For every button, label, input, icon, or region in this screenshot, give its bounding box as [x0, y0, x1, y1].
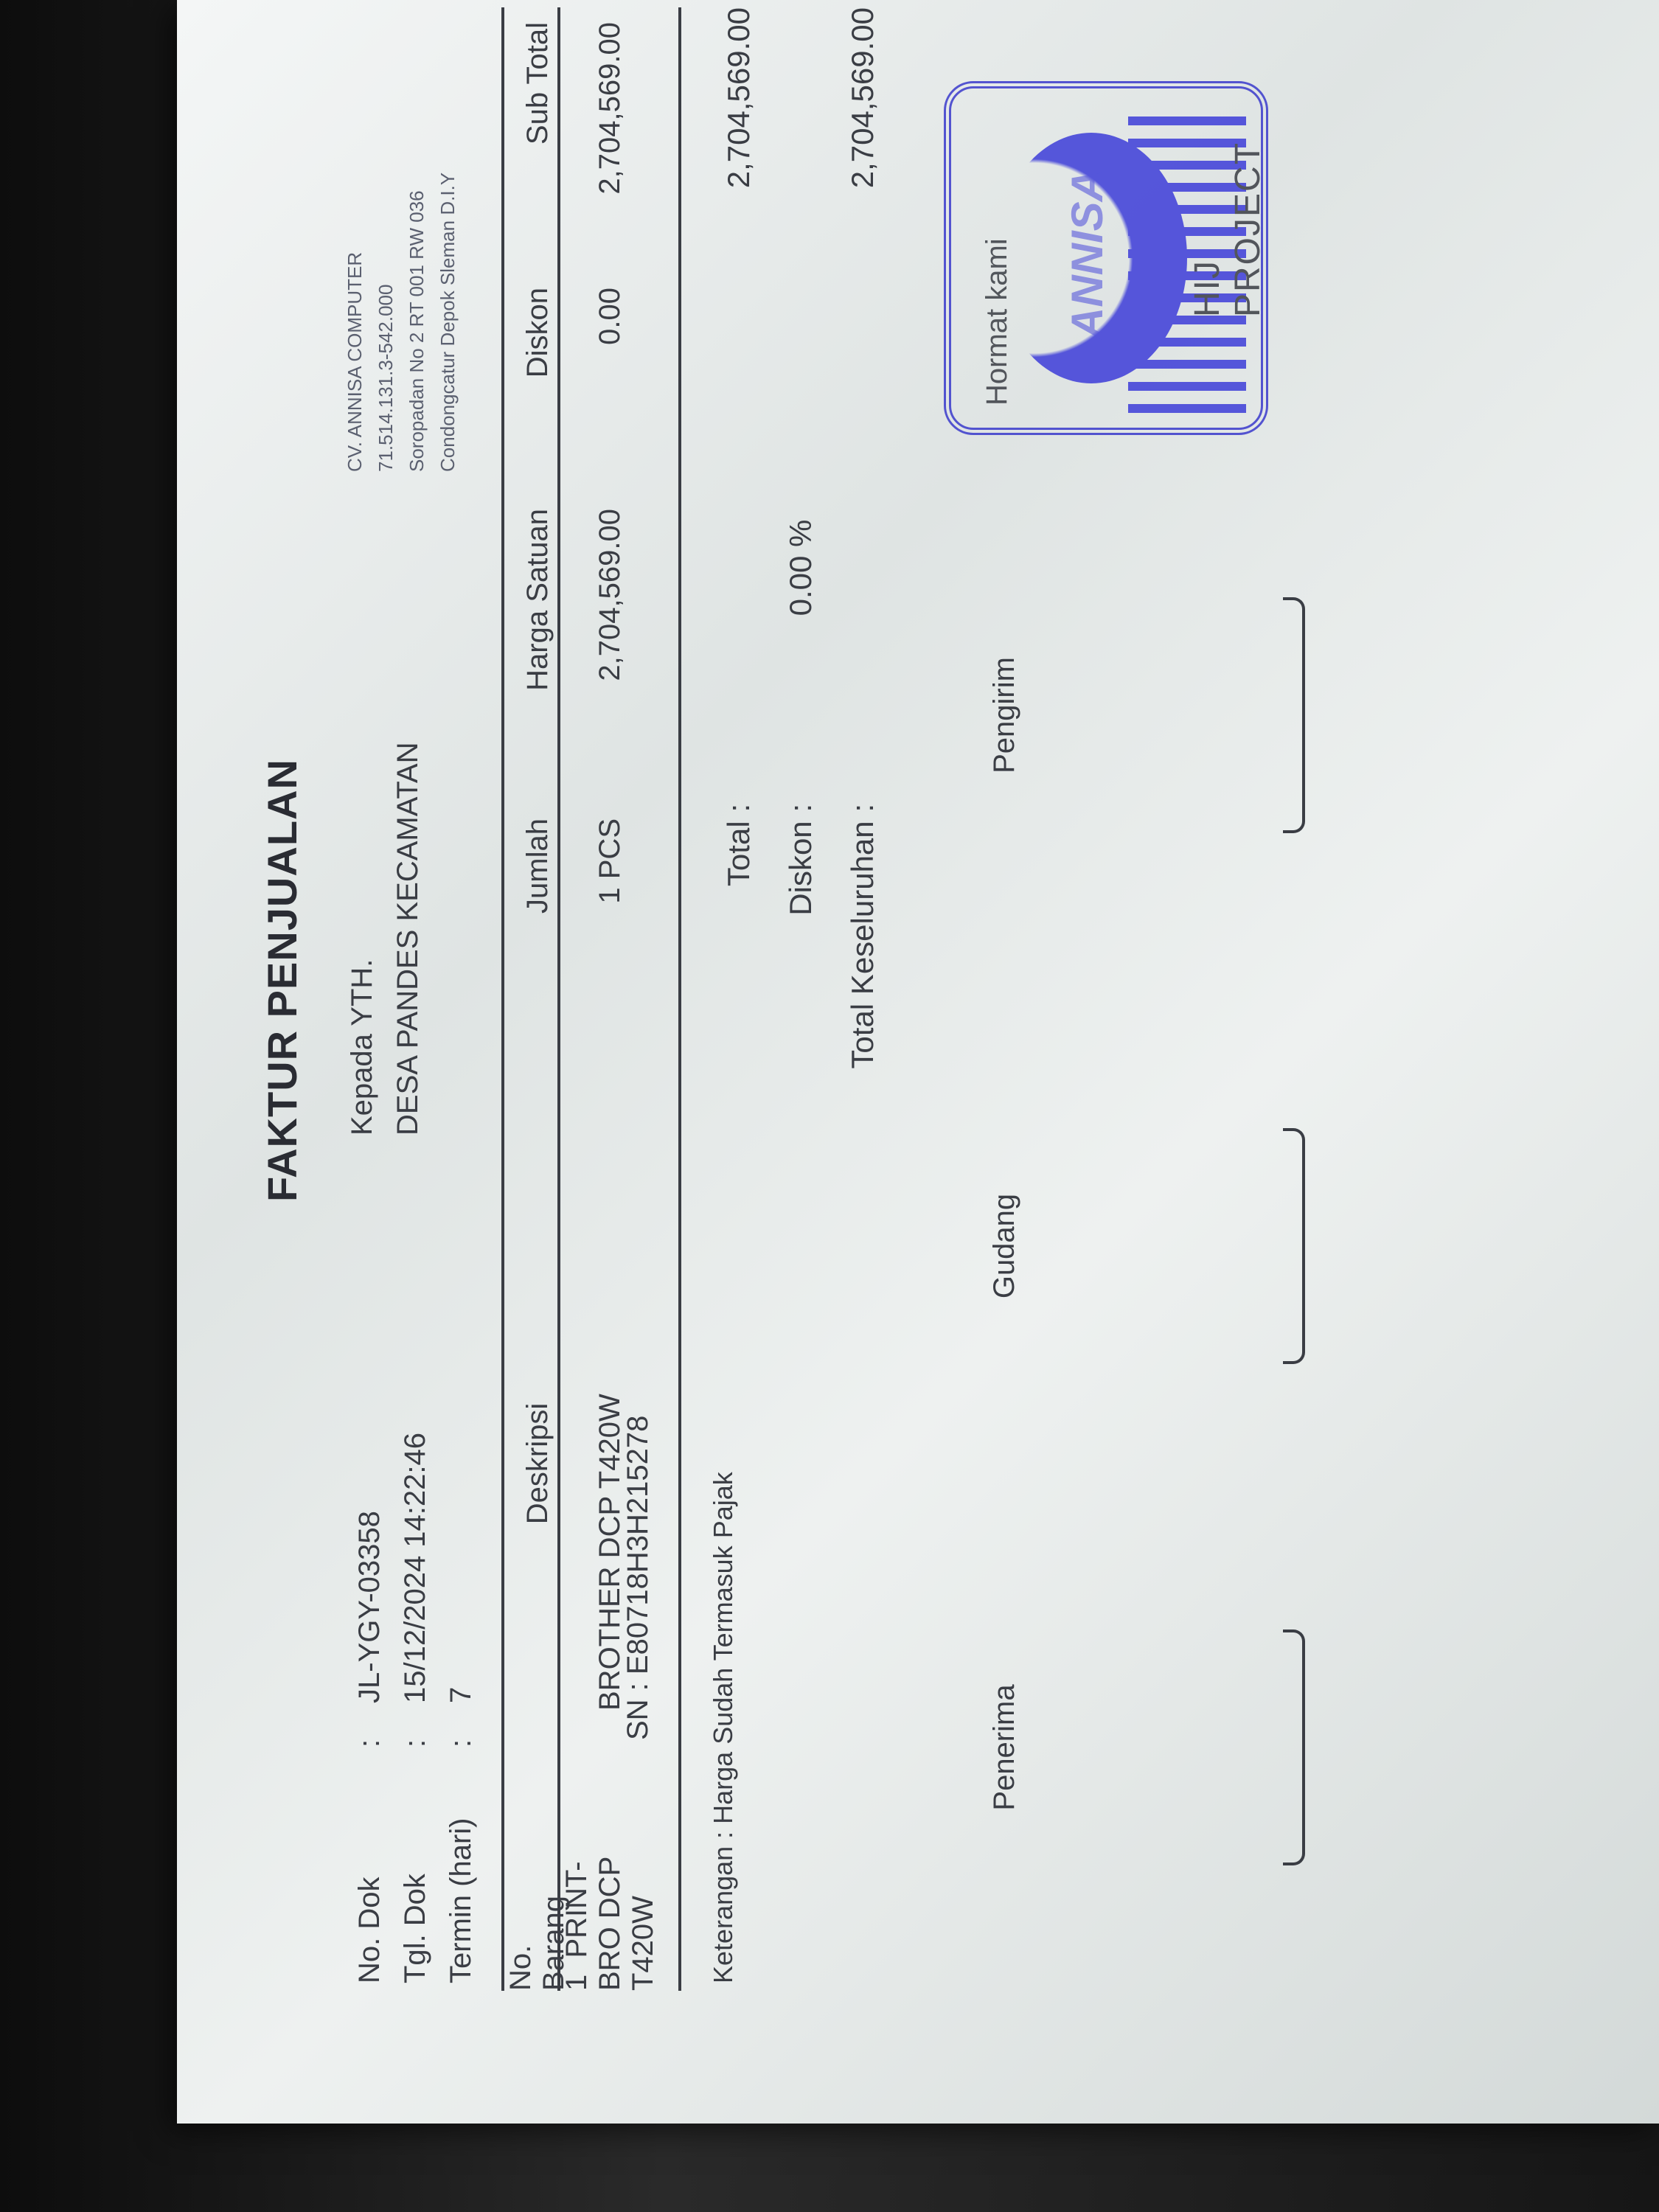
discount-row: Diskon : 0.00 %	[770, 7, 832, 1084]
discount-label: Diskon :	[770, 789, 832, 1084]
meta-separator: :	[392, 1703, 438, 1747]
row-serial-number: SN : E80718H3H215278	[622, 1084, 655, 1843]
meta-doc-number: No. Dok : JL-YGY-03358	[347, 1433, 392, 1983]
company-block: CV. ANNISA COMPUTER 71.514.131.3-542.000…	[339, 173, 463, 472]
signature-sender-label: Pengirim	[988, 568, 1021, 863]
meta-label: No. Dok	[347, 1747, 392, 1983]
signature-sender-line	[1283, 597, 1305, 833]
items-table: No. Barang Deskripsi Jumlah Harga Satuan…	[501, 7, 681, 1991]
row-quantity: 1 PCS	[594, 804, 627, 1084]
company-tax-id: 71.514.131.3-542.000	[370, 173, 401, 472]
company-name: CV. ANNISA COMPUTER	[339, 173, 370, 472]
invoice-document: FAKTUR PENJUALAN No. Dok : JL-YGY-03358 …	[251, 7, 1659, 2116]
document-meta: No. Dok : JL-YGY-03358 Tgl. Dok : 15/12/…	[347, 1433, 484, 1983]
meta-term-days: Termin (hari) : 7	[438, 1433, 484, 1983]
company-address-line-1: Soropadan No 2 RT 001 RW 036	[401, 173, 432, 472]
recipient-name: DESA PANDES KECAMATAN	[385, 742, 431, 1135]
meta-separator: :	[347, 1703, 392, 1747]
document-title: FAKTUR PENJUALAN	[258, 759, 306, 1202]
meta-value: JL-YGY-03358	[347, 1511, 392, 1703]
company-address-line-2: Condongcatur Depok Sleman D.I.Y	[432, 173, 463, 472]
row-unit-price: 2,704,569.00	[594, 494, 627, 804]
row-number: 1 PRINT-BRO DCP T420W	[560, 1843, 660, 1991]
signature-receiver-label: Penerima	[988, 1600, 1021, 1895]
company-stamp: ANNISA Hormat kami HIJ PROJECT	[944, 81, 1268, 435]
total-value: 2,704,569.00	[708, 7, 770, 347]
recipient-salutation: Kepada YTH.	[339, 742, 385, 1135]
invoice-note: Keterangan : Harga Sudah Termasuk Pajak	[708, 1472, 739, 1983]
meta-separator: :	[438, 1703, 484, 1747]
table-bottom-rule	[678, 7, 681, 1991]
signature-warehouse-label: Gudang	[988, 1099, 1021, 1394]
row-subtotal: 2,704,569.00	[594, 7, 627, 273]
table-header: No. Barang Deskripsi Jumlah Harga Satuan…	[501, 7, 560, 1991]
row-discount: 0.00	[594, 273, 627, 494]
signature-warehouse-line	[1283, 1128, 1305, 1364]
meta-value: 7	[438, 1687, 484, 1703]
total-label: Total :	[708, 789, 770, 1084]
meta-label: Tgl. Dok	[392, 1747, 438, 1983]
discount-value	[770, 7, 832, 347]
header-quantity: Jumlah	[521, 804, 554, 1084]
header-description: Deskripsi	[521, 1084, 554, 1843]
meta-doc-date: Tgl. Dok : 15/12/2024 14:22:46	[392, 1433, 438, 1983]
stamp-brand: ANNISA	[1062, 170, 1113, 339]
table-row: 1 PRINT-BRO DCP T420W BROTHER DCP T420W …	[560, 7, 612, 1991]
grand-total-value: 2,704,569.00	[832, 7, 894, 347]
grand-total-label: Total Keseluruhan :	[832, 789, 894, 1084]
header-unit-price: Harga Satuan	[521, 494, 554, 804]
discount-percent: 0.00 %	[770, 347, 832, 789]
invoice-paper: FAKTUR PENJUALAN No. Dok : JL-YGY-03358 …	[177, 0, 1659, 2124]
header-subtotal: Sub Total	[521, 7, 554, 273]
total-row: Total : 2,704,569.00	[708, 7, 770, 1084]
totals-block: Total : 2,704,569.00 Diskon : 0.00 % Tot…	[708, 7, 894, 1084]
meta-label: Termin (hari)	[438, 1747, 484, 1983]
recipient-block: Kepada YTH. DESA PANDES KECAMATAN	[339, 742, 431, 1135]
meta-value: 15/12/2024 14:22:46	[392, 1433, 438, 1703]
signature-regards-label: Hormat kami	[981, 238, 1014, 406]
grand-total-row: Total Keseluruhan : 2,704,569.00	[832, 7, 894, 1084]
header-discount: Diskon	[521, 273, 554, 494]
signature-receiver-line	[1283, 1630, 1305, 1865]
stamp-text: HIJ PROJECT	[1187, 88, 1268, 317]
